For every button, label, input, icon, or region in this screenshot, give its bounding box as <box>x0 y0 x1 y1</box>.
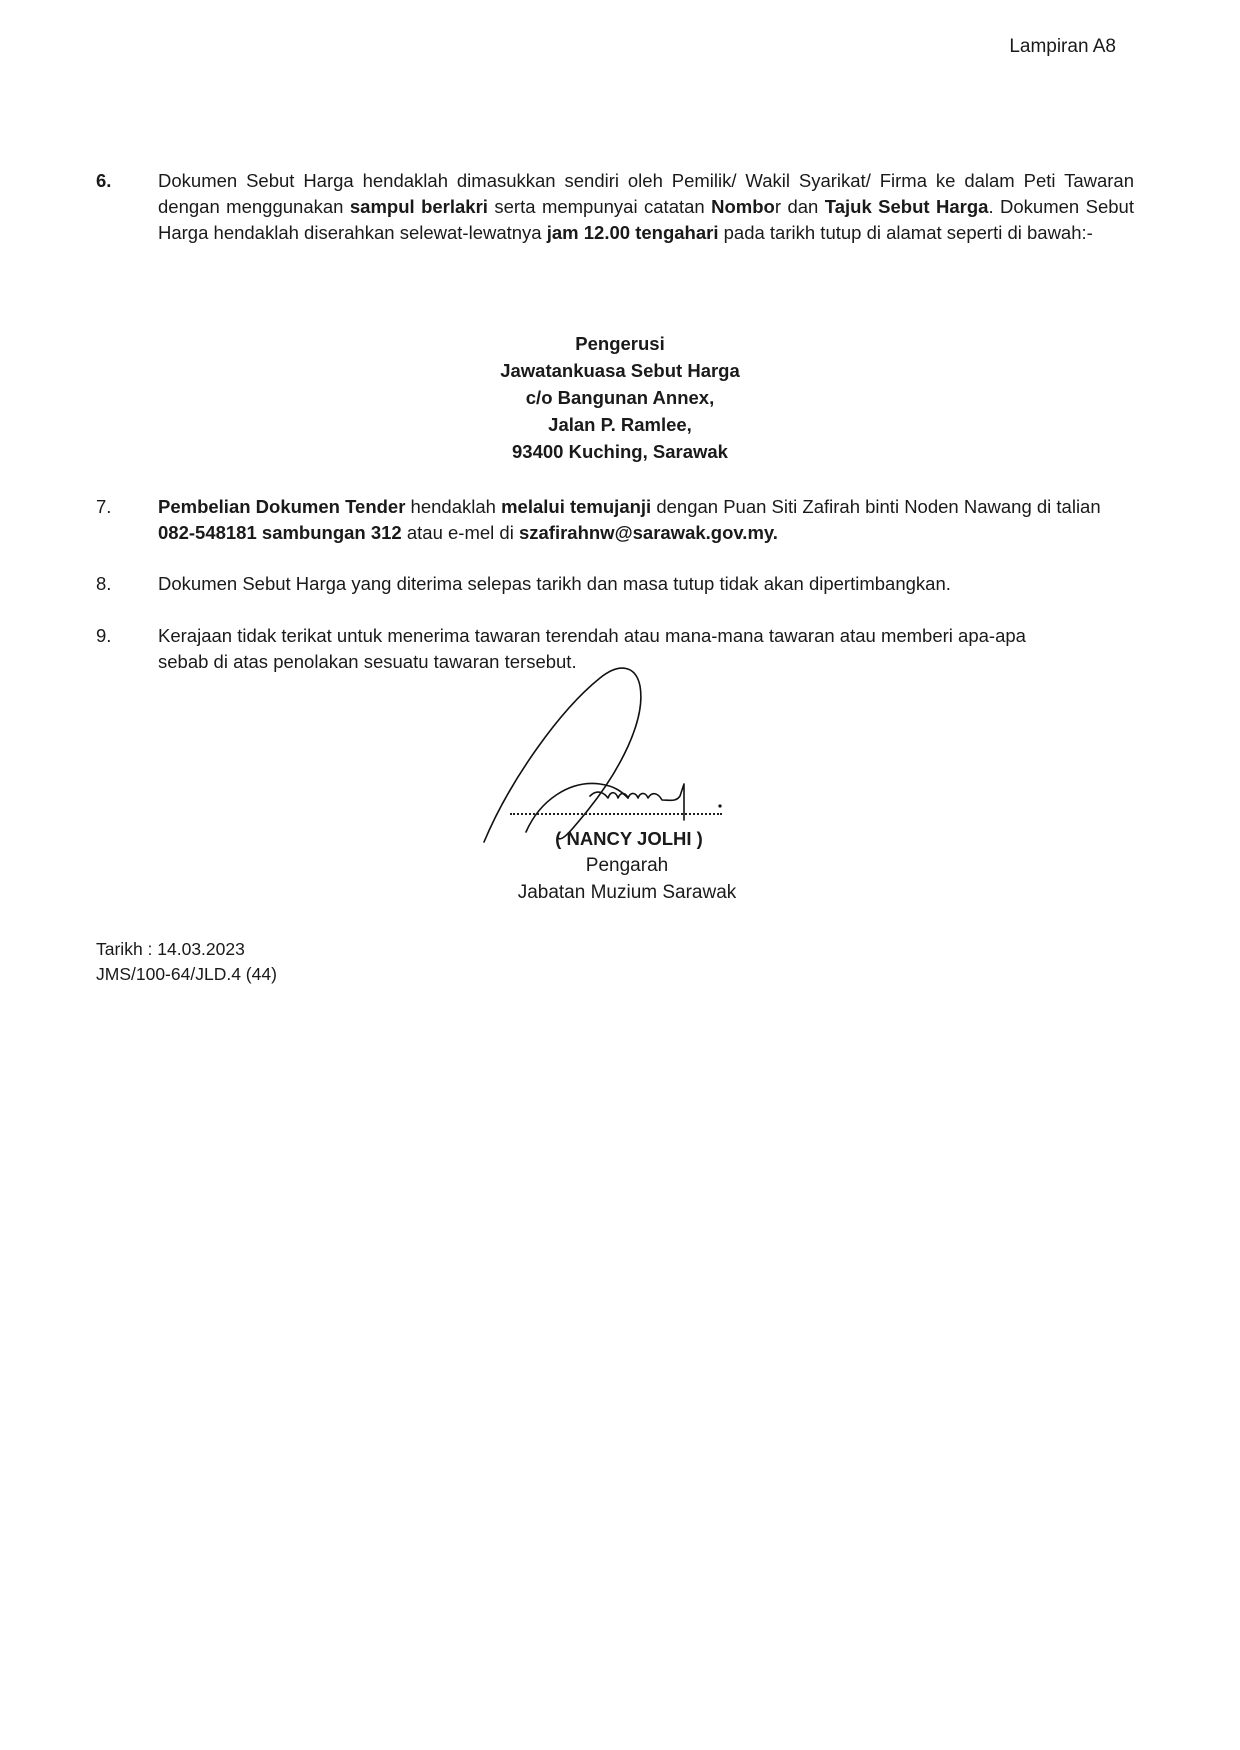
emphasis-text: Pembelian Dokumen Tender <box>158 496 405 517</box>
address-line: Pengerusi <box>0 330 1240 357</box>
clause-number: 7. <box>96 494 136 520</box>
submission-address: Pengerusi Jawatankuasa Sebut Harga c/o B… <box>0 330 1240 465</box>
clause-text-segment: Dokumen Sebut Harga yang diterima selepa… <box>158 573 951 594</box>
clause-text-segment: hendaklah <box>405 496 501 517</box>
emphasis-text: Nombo <box>711 196 775 217</box>
signatory-department: Jabatan Muzium Sarawak <box>470 882 770 904</box>
clause-number: 8. <box>96 571 136 597</box>
emphasis-text: 082-548181 sambungan 312 <box>158 522 402 543</box>
document-date: Tarikh : 14.03.2023 <box>96 937 277 962</box>
clause-7: 7. Pembelian Dokumen Tender hendaklah me… <box>96 494 1134 546</box>
address-line: Jawatankuasa Sebut Harga <box>0 357 1240 384</box>
clause-text: Dokumen Sebut Harga yang diterima selepa… <box>158 571 1134 597</box>
page-reference: Lampiran A8 <box>1009 36 1116 58</box>
document-reference: JMS/100-64/JLD.4 (44) <box>96 962 277 987</box>
emphasis-text: jam 12.00 tengahari <box>547 222 719 243</box>
document-footer: Tarikh : 14.03.2023 JMS/100-64/JLD.4 (44… <box>96 937 277 987</box>
address-line: Jalan P. Ramlee, <box>0 411 1240 438</box>
clause-text-segment: r dan <box>775 196 825 217</box>
clause-text-segment: dengan Puan Siti Zafirah binti Noden Naw… <box>651 496 1100 517</box>
address-line: 93400 Kuching, Sarawak <box>0 438 1240 465</box>
clause-text: Dokumen Sebut Harga hendaklah dimasukkan… <box>158 168 1134 246</box>
clause-text: Pembelian Dokumen Tender hendaklah melal… <box>158 494 1134 546</box>
clause-text-segment: serta mempunyai catatan <box>488 196 711 217</box>
signatory-title: Pengarah <box>470 855 770 877</box>
clause-text-segment: atau e-mel di <box>402 522 519 543</box>
emphasis-text: sampul berlakri <box>350 196 488 217</box>
emphasis-text: Tajuk Sebut Harga <box>825 196 989 217</box>
emphasis-text: szafirahnw@sarawak.gov.my. <box>519 522 778 543</box>
signature-block: ( NANCY JOLHI ) Pengarah Jabatan Muzium … <box>470 660 770 910</box>
emphasis-text: melalui temujanji <box>501 496 651 517</box>
clause-number: 9. <box>96 623 136 649</box>
clause-number: 6. <box>96 168 136 194</box>
address-line: c/o Bangunan Annex, <box>0 384 1240 411</box>
clause-6: 6. Dokumen Sebut Harga hendaklah dimasuk… <box>96 168 1134 246</box>
clause-text-segment: pada tarikh tutup di alamat seperti di b… <box>718 222 1092 243</box>
clause-8: 8. Dokumen Sebut Harga yang diterima sel… <box>96 571 1134 597</box>
signature-line <box>510 813 722 815</box>
signatory-name: ( NANCY JOLHI ) <box>470 828 770 850</box>
